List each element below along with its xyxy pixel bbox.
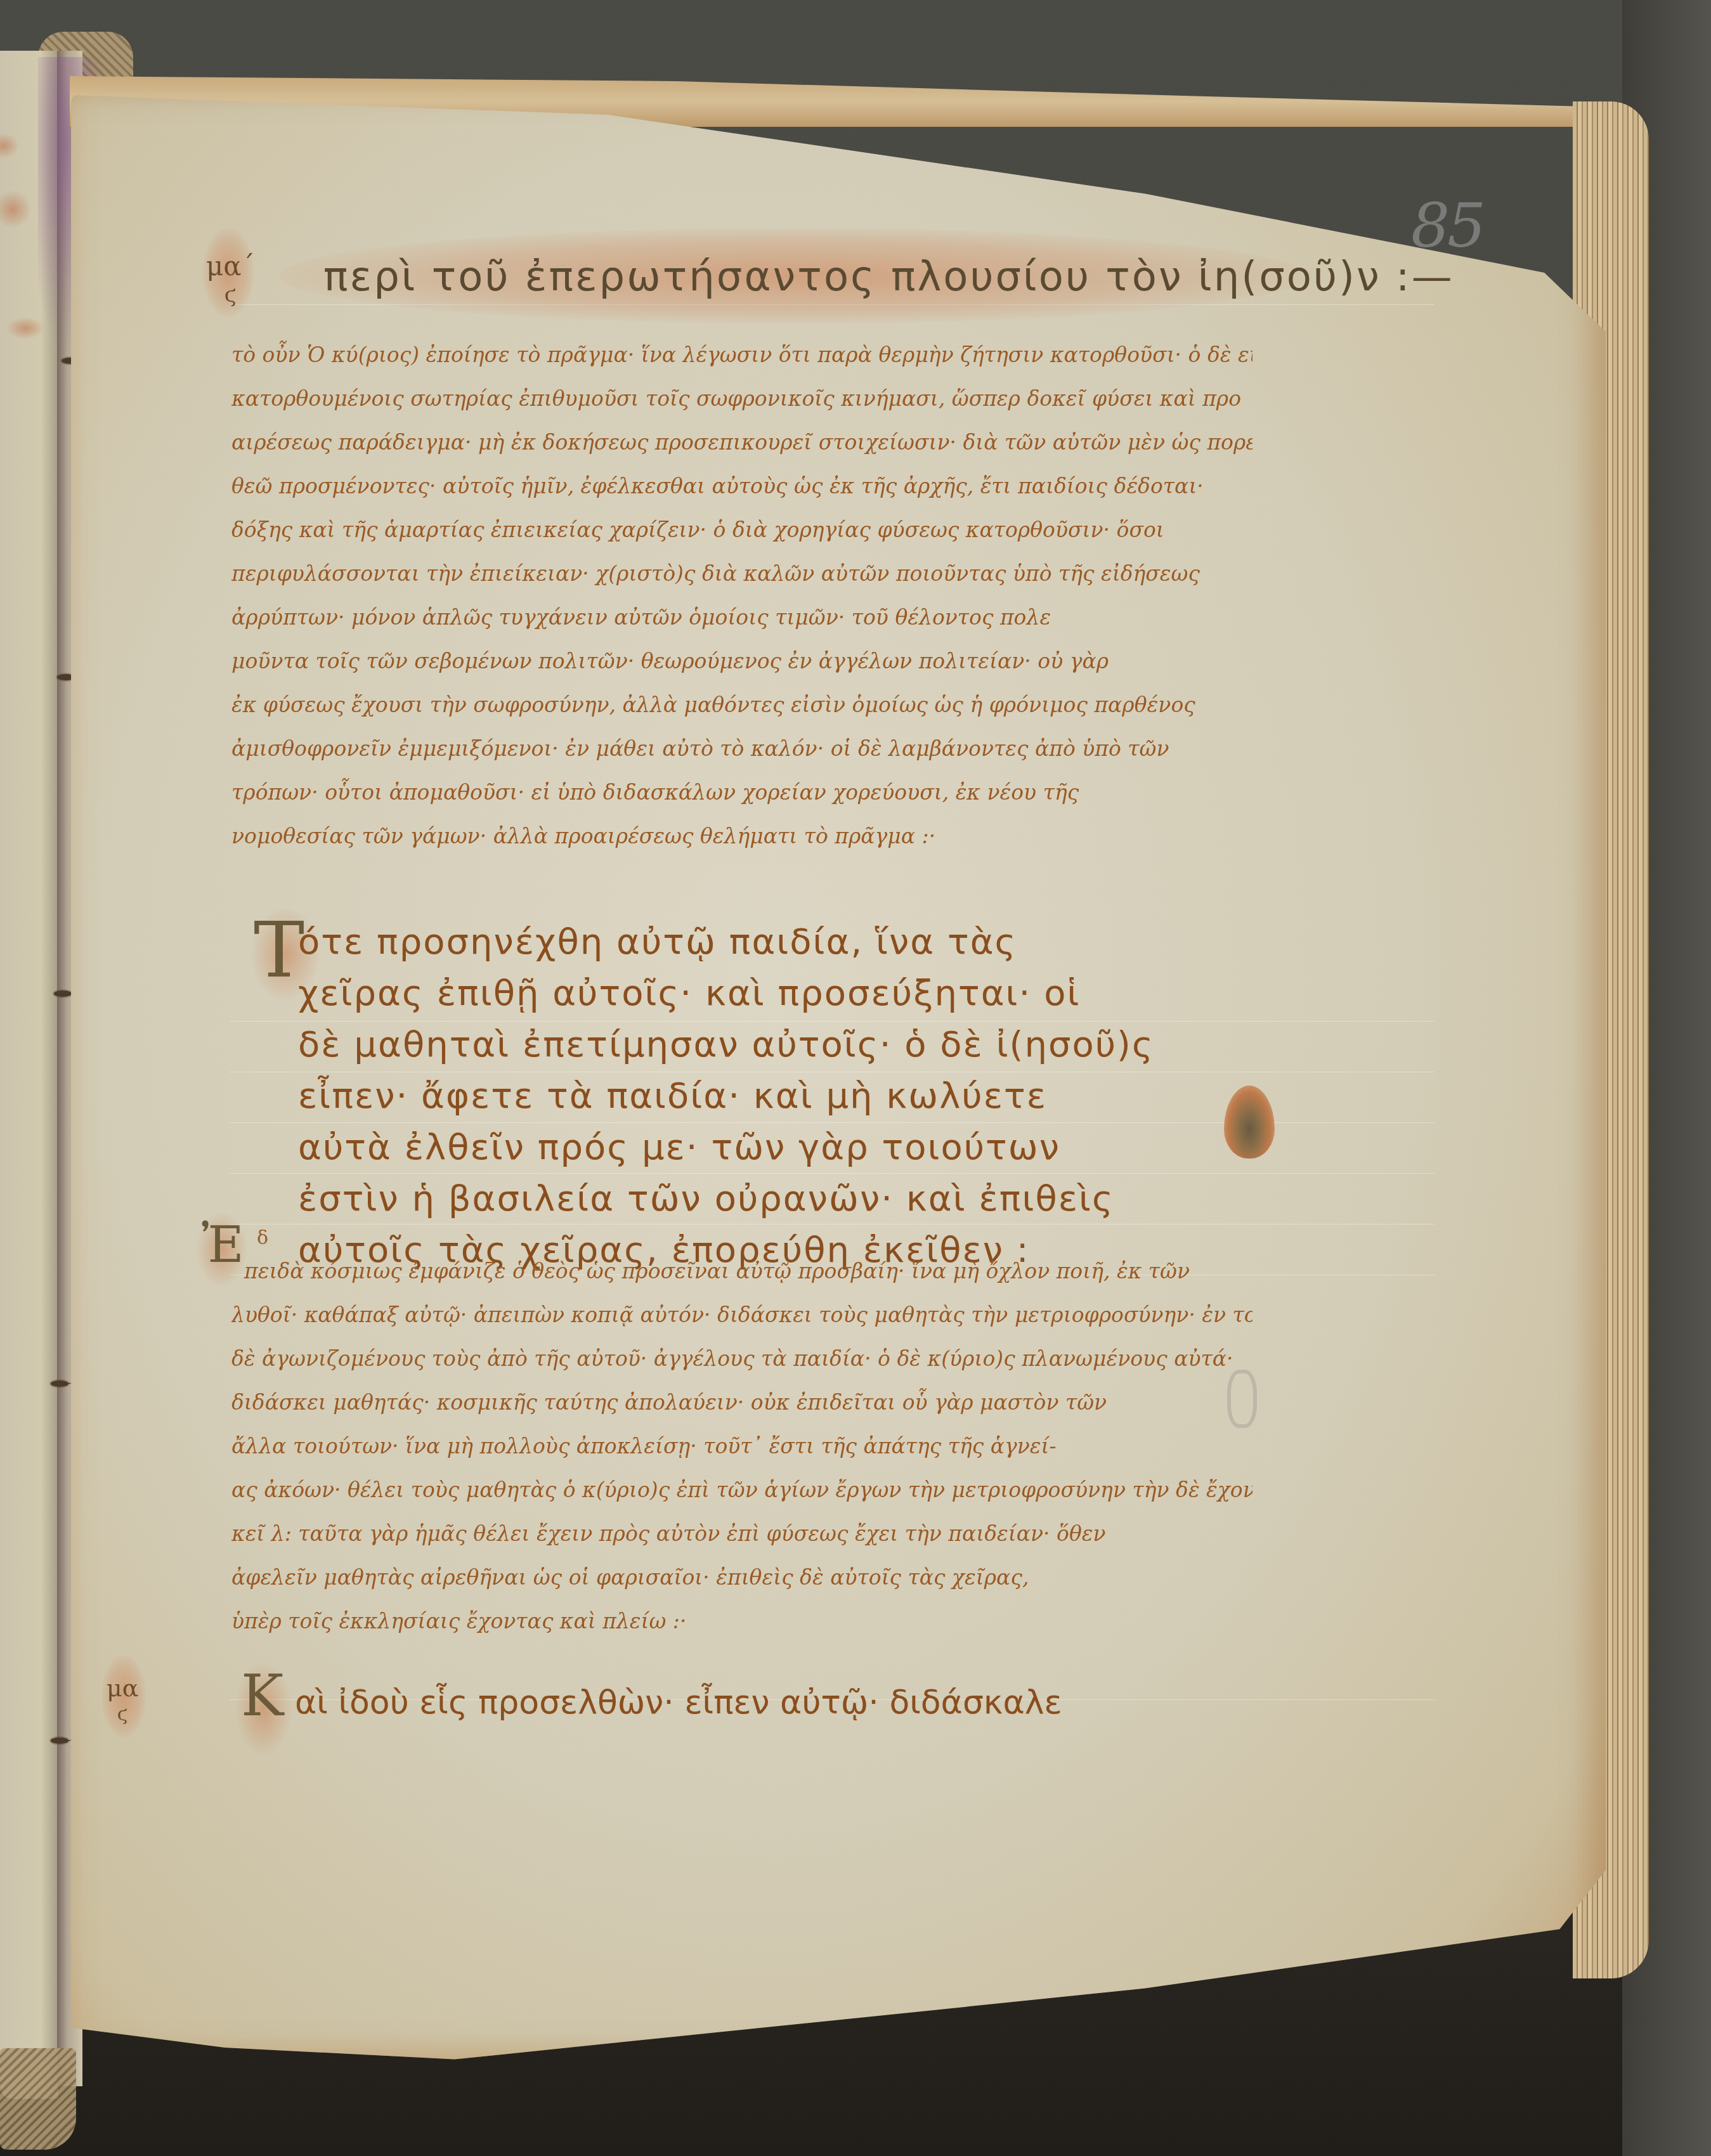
commentary-line: ας ἀκόων· θέλει τοὺς μαθητὰς ὁ κ(ύριο)ς … <box>231 1468 1252 1512</box>
lemma-line: εἶπεν· ἄφετε τὰ παιδία· καὶ μὴ κωλύετε <box>254 1070 1192 1122</box>
commentary-line: μοῦντα τοῖς τῶν σεβομένων πολιτῶν· θεωρο… <box>231 639 1252 683</box>
lemma-line: ότε προσηνέχθη αὐτῷ παιδία, ἵνα τὰς <box>254 916 1192 968</box>
commentary-block-1: τὸ οὖν Ὁ κύ(ριος) ἐποίησε τὸ πρᾶγμα· ἵνα… <box>231 333 1252 858</box>
binding-stitch <box>51 1737 68 1744</box>
lemma-line: ἐστὶν ἡ βασιλεία τῶν οὐρανῶν· καὶ ἐπιθεὶ… <box>254 1173 1192 1224</box>
section-number-top: μα΄ ϛ <box>206 250 255 308</box>
commentary-line: περιφυλάσσονται τὴν ἐπιείκειαν· χ(ριστὸ)… <box>231 552 1252 595</box>
commentary-line: τρόπων· οὗτοι ἀπομαθοῦσι· εἰ ὑπὸ διδασκά… <box>231 770 1252 814</box>
section-number-top-sub: ϛ <box>206 282 255 308</box>
commentary-line: νομοθεσίας τῶν γάμων· ἀλλὰ προαιρέσεως θ… <box>231 814 1252 858</box>
commentary-line: κεῖ λ: ταῦτα γὰρ ἡμᾶς θέλει ἔχειν πρὸς α… <box>231 1512 1252 1555</box>
commentary-line: δὲ ἀγωνιζομένους τοὺς ἀπὸ τῆς αὐτοῦ· ἀγγ… <box>231 1337 1252 1380</box>
section-number-top-text: μα΄ <box>206 250 255 282</box>
lemma-line-text: δὲ μαθηταὶ ἐπετίμησαν αὐτοῖς· ὁ δὲ ἰ(ησο… <box>298 1024 1154 1065</box>
lemma-line: χεῖρας ἐπιθῇ αὐτοῖς· καὶ προσεύξηται· οἱ <box>254 968 1192 1019</box>
commentary-line: κατορθουμένοις σωτηρίας ἐπιθυμοῦσι τοῖς … <box>231 377 1252 420</box>
verso-page-edge <box>0 51 58 2099</box>
commentary-block-2: πειδὰ κόσμιως ἐμφάνιζε ὁ θεὸς ὡς προσεῖν… <box>231 1249 1252 1643</box>
section-number-bottom-sub: ϛ <box>107 1703 138 1726</box>
commentary-initial-accent: δ <box>257 1227 268 1250</box>
commentary-line: αιρέσεως παράδειγμα· μὴ ἐκ δοκήσεως προσ… <box>231 420 1252 464</box>
lemma-line-text: χεῖρας ἐπιθῇ αὐτοῖς· καὶ προσεύξηται· οἱ <box>298 973 1080 1014</box>
final-lemma-line: αὶ ἰδοὺ εἷς προσελθὼν· εἶπεν αὐτῷ· διδάσ… <box>295 1684 1246 1722</box>
commentary-line: τὸ οὖν Ὁ κύ(ριος) ἐποίησε τὸ πρᾶγμα· ἵνα… <box>231 333 1252 377</box>
commentary-line: ἀρρύπτων· μόνον ἁπλῶς τυγχάνειν αὐτῶν ὁμ… <box>231 595 1252 639</box>
commentary-line: διδάσκει μαθητάς· κοσμικῆς ταύτης ἀπολαύ… <box>231 1380 1252 1424</box>
lemma-line: δὲ μαθηταὶ ἐπετίμησαν αὐτοῖς· ὁ δὲ ἰ(ησο… <box>254 1019 1192 1070</box>
commentary-line: λυθοῖ· καθάπαξ αὐτῷ· ἀπειπὼν κοπιᾷ αὐτόν… <box>231 1293 1252 1337</box>
lemma-line-text: εἶπεν· ἄφετε τὰ παιδία· καὶ μὴ κωλύετε <box>298 1075 1047 1117</box>
binding-stitch <box>51 1380 68 1387</box>
headband-bottom <box>0 2048 76 2150</box>
commentary-line: θεῶ προσμένοντες· αὐτοῖς ἡμῖν, ἐφέλκεσθα… <box>231 464 1252 508</box>
section-number-bottom: μα ϛ <box>107 1674 138 1726</box>
lemma-line-text: ότε προσηνέχθη αὐτῷ παιδία, ἵνα τὰς <box>298 921 1017 963</box>
lemma-line-text: ἐστὶν ἡ βασιλεία τῶν οὐρανῶν· καὶ ἐπιθεὶ… <box>298 1178 1114 1219</box>
section-number-bottom-text: μα <box>107 1674 138 1703</box>
lemma-line: αὐτὰ ἐλθεῖν πρός με· τῶν γὰρ τοιούτων <box>254 1122 1192 1173</box>
commentary-line: πειδὰ κόσμιως ἐμφάνιζε ὁ θεὸς ὡς προσεῖν… <box>231 1249 1252 1293</box>
commentary-line: δόξης καὶ τῆς ἁμαρτίας ἐπιεικείας χαρίζε… <box>231 508 1252 552</box>
final-lemma-initial: Κ <box>241 1668 283 1725</box>
lemma-line-text: αὐτὰ ἐλθεῖν πρός με· τῶν γὰρ τοιούτων <box>298 1127 1060 1168</box>
folio-number: 85 <box>1411 190 1483 261</box>
chapter-title: περὶ τοῦ ἐπερωτήσαντος πλουσίου τὸν ἰη(σ… <box>323 254 1484 301</box>
binding-stitch <box>54 990 72 997</box>
commentary-line: ἀμισθοφρονεῖν ἐμμεμιξόμενοι· ἐν μάθει αὐ… <box>231 727 1252 770</box>
commentary-line: ἀφελεῖν μαθητὰς αἰρεθῆναι ὡς οἱ φαρισαῖο… <box>231 1555 1252 1599</box>
commentary-line: ὑπὲρ τοῖς ἐκκλησίαις ἔχοντας καὶ πλείω :… <box>231 1599 1252 1643</box>
commentary-line: ἐκ φύσεως ἔχουσι τὴν σωφροσύνην, ἀλλὰ μα… <box>231 683 1252 727</box>
commentary-line: ἄλλα τοιούτων· ἵνα μὴ πολλοὺς ἀποκλείσῃ·… <box>231 1424 1252 1468</box>
lemma-block: ότε προσηνέχθη αὐτῷ παιδία, ἵνα τὰς χεῖρ… <box>254 916 1192 1276</box>
